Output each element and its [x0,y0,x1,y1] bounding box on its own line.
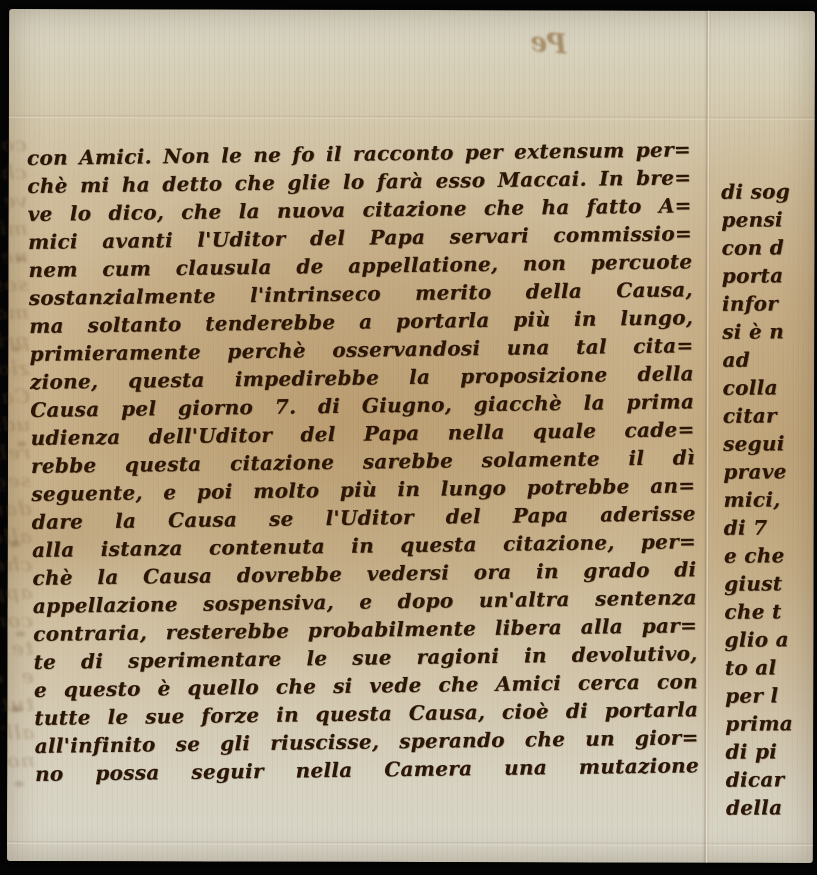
manuscript-line-fragment: ad [722,346,816,375]
manuscript-line-fragment: per l [725,682,817,711]
showthrough-line: chè mi ha detto che glie lo farà esso Ma… [0,159,28,196]
manuscript-line-fragment: mici, [723,486,817,515]
manuscript-line-fragment: con d [721,234,815,263]
ink-bleed-mark: Pe [395,11,568,68]
manuscript-line-fragment: e che [724,542,817,571]
horizontal-fold-crease-bottom [7,841,813,846]
manuscript-line-fragment: dicar [726,766,817,795]
manuscript-line-fragment: prima [725,710,817,739]
scan-background: Pe con Amici. Non le ne fo il racconto p… [0,0,817,875]
manuscript-line-fragment: segui [723,430,817,459]
manuscript-line-fragment: di sog [721,178,815,207]
showthrough-line: ve lo dico, che la nuova citazione che h… [0,187,28,224]
manuscript-line-fragment: porta [722,262,816,291]
manuscript-line-fragment: to al [725,654,817,683]
adjacent-page-column: di sogpensicon dportainforsi è nadcollac… [721,150,817,831]
manuscript-line-fragment: citar [723,402,817,431]
manuscript-line-fragment: di 7 [724,514,817,543]
manuscript-line-fragment: si è n [722,318,816,347]
manuscript-line-fragment: infor [722,290,816,319]
letter-body-text: con Amici. Non le ne fo il racconto per … [27,136,699,789]
showthrough-line: con Amici. Non le ne fo il racconto per … [0,131,27,168]
manuscript-line-fragment: prave [723,458,817,487]
vertical-fold-crease [703,11,711,863]
manuscript-line-fragment: giust [724,570,817,599]
manuscript-line-fragment [721,150,815,179]
manuscript-line-fragment: glio a [724,626,817,655]
manuscript-line-fragment: della [726,794,817,823]
manuscript-line-fragment: che t [724,598,817,627]
manuscript-line-fragment: colla [723,374,817,403]
manuscript-line-fragment: pensi [721,206,815,235]
horizontal-fold-crease-top [9,115,815,120]
manuscript-line-fragment: di pi [725,738,817,767]
letter-sheet: Pe con Amici. Non le ne fo il racconto p… [7,9,815,863]
